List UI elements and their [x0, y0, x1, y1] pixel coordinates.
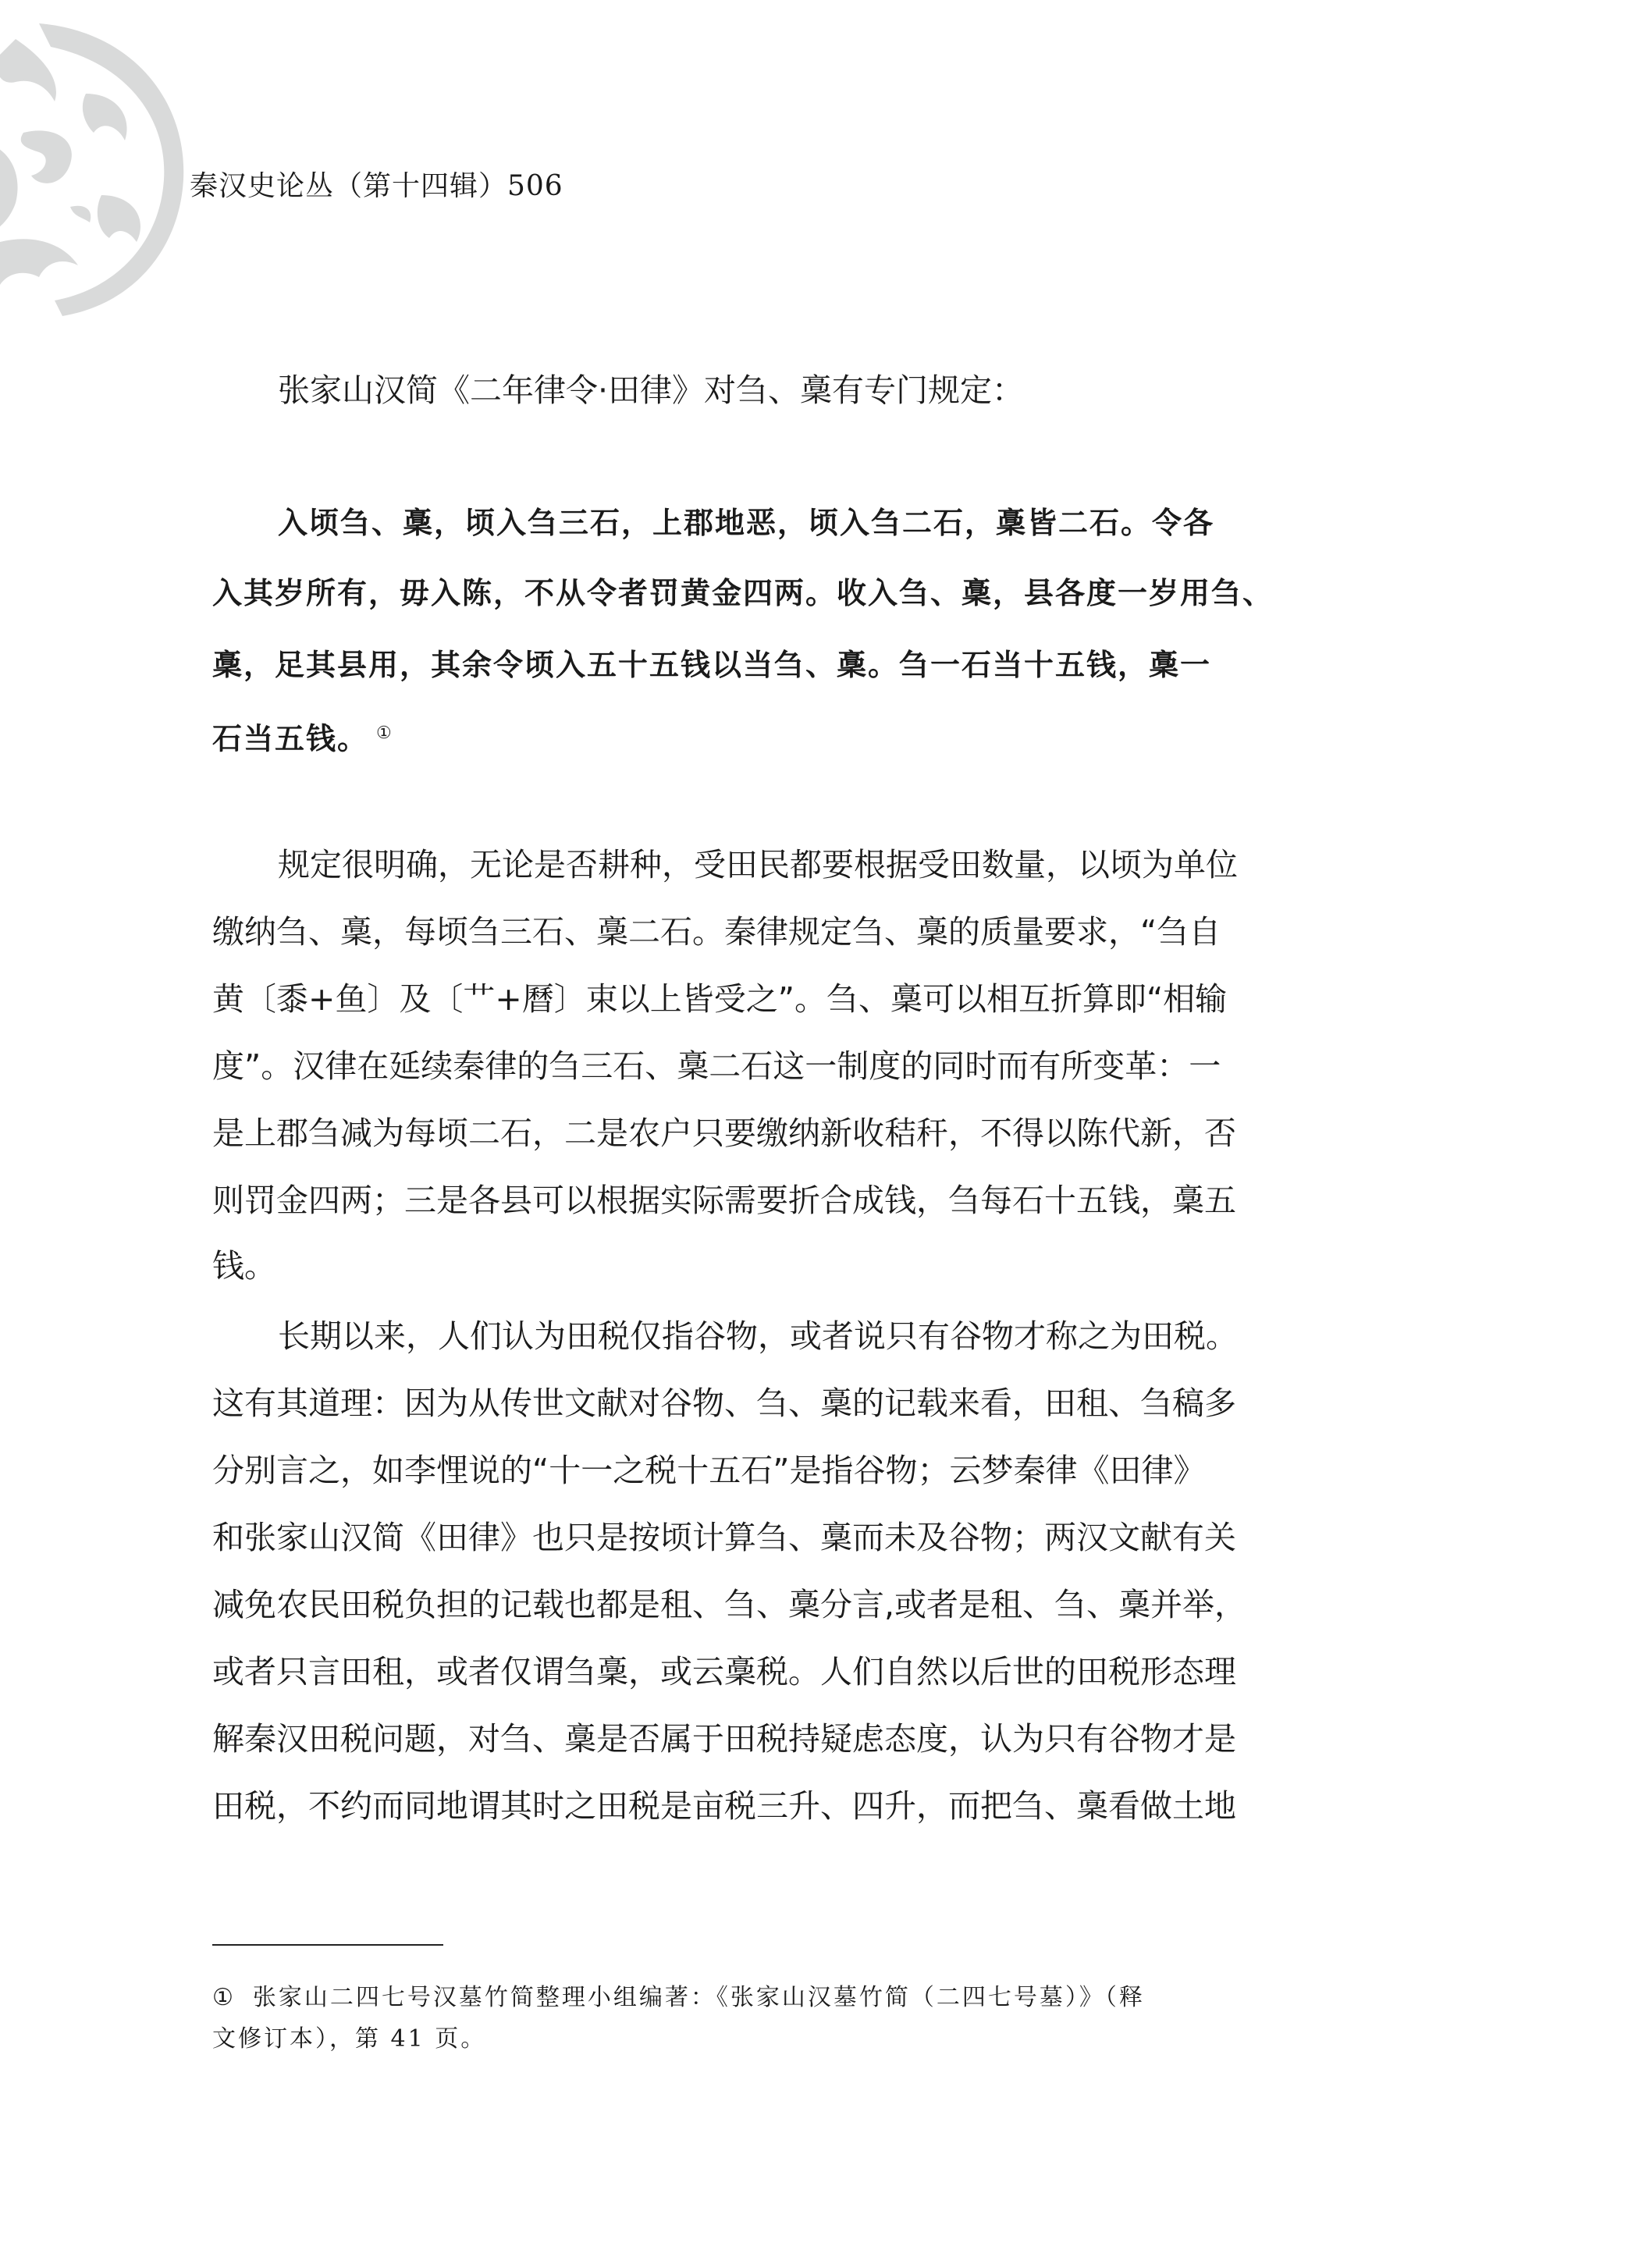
paragraph-line: 分别言之，如李悝说的“十一之税十五石”是指谷物；云梦秦律《田律》	[212, 1447, 1342, 1494]
paragraph-line: 解秦汉田税问题，对刍、稾是否属于田税持疑虑态度，认为只有谷物才是	[212, 1715, 1342, 1762]
paragraph-line: 和张家山汉简《田律》也只是按顷计算刍、稾而未及谷物；两汉文献有关	[212, 1514, 1342, 1561]
intro-text: 张家山汉简《二年律令·田律》对刍、稾有专门规定：	[278, 367, 1342, 414]
paragraph-line: 或者只言田租，或者仅谓刍稾，或云稾税。人们自然以后世的田税形态理	[212, 1648, 1342, 1695]
footnote-text: 张家山二四七号汉墓竹简整理小组编著：《张家山汉墓竹简（二四七号墓）》（释	[253, 1984, 1145, 2011]
quote-line: 入其岁所有，毋入陈，不从令者罚黄金四两。收入刍、稾，县各度一岁用刍、	[212, 570, 1342, 617]
footnote-line: 文修订本），第 41 页。	[212, 2020, 486, 2059]
footnote-marker: ①	[212, 1978, 236, 2017]
paragraph-line: 黄〔黍+鱼〕及〔艹+曆〕束以上皆受之”。刍、稾可以相互折算即“相输	[212, 976, 1342, 1022]
paragraph-line: 度”。汉律在延续秦律的刍三石、稾二石这一制度的同时而有所变革：一	[212, 1043, 1342, 1090]
cloud-dragon-ornament-icon	[0, 8, 195, 320]
paragraph-line: 缴纳刍、稾，每顷刍三石、稾二石。秦律规定刍、稾的质量要求，“刍自	[212, 908, 1342, 955]
paragraph-line: 减免农民田税负担的记载也都是租、刍、稾分言,或者是租、刍、稾并举，	[212, 1581, 1342, 1628]
paragraph-line: 则罚金四两；三是各县可以根据实际需要折合成钱，刍每石十五钱，稾五	[212, 1177, 1342, 1224]
paragraph-line: 是上郡刍减为每顷二石，二是农户只要缴纳新收秸秆，不得以陈代新，否	[212, 1110, 1342, 1157]
running-head: 秦汉史论丛（第十四辑）506	[190, 164, 563, 204]
footnote-line: ①张家山二四七号汉墓竹简整理小组编著：《张家山汉墓竹简（二四七号墓）》（释	[212, 1978, 1145, 2017]
paragraph-line: 长期以来，人们认为田税仅指谷物，或者说只有谷物才称之为田税。	[278, 1313, 1342, 1360]
footnote-divider	[212, 1944, 443, 1946]
quote-line: 入顷刍、稾，顷入刍三石，上郡地恶，顷入刍二石，稾皆二石。令各	[278, 499, 1342, 546]
paragraph-line: 田税，不约而同地谓其时之田税是亩税三升、四升，而把刍、稾看做土地	[212, 1783, 1342, 1829]
quote-line-text: 石当五钱。	[212, 721, 368, 756]
paragraph-line: 规定很明确，无论是否耕种，受田民都要根据受田数量，以顷为单位	[278, 841, 1342, 888]
paragraph-line: 这有其道理：因为从传世文献对谷物、刍、稾的记载来看，田租、刍稿多	[212, 1380, 1342, 1427]
footnote-ref-1[interactable]: ①	[376, 723, 393, 743]
quote-line-last: 石当五钱。①	[212, 710, 1342, 757]
quote-line: 稾，足其县用，其余令顷入五十五钱以当刍、稾。刍一石当十五钱，稾一	[212, 642, 1342, 688]
paragraph-line: 钱。	[212, 1242, 1342, 1289]
